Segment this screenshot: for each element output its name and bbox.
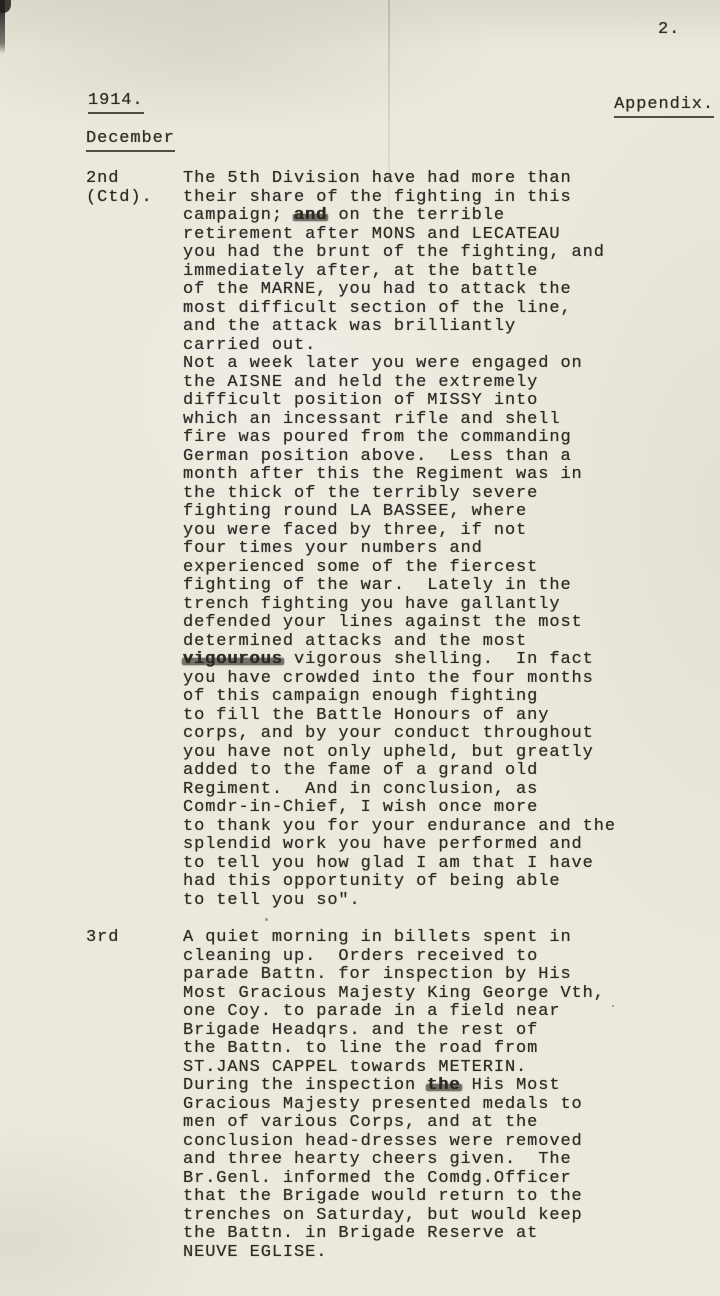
year-heading: 1914. (88, 92, 144, 114)
appendix-heading: Appendix. (614, 96, 714, 118)
diary-page: 2. 1914. Appendix. December 2nd(Ctd). Th… (0, 0, 720, 1296)
entry-date: 3rd (86, 929, 181, 948)
ink-speck (265, 918, 268, 921)
entry-text: A quiet morning in billets spent inclean… (183, 929, 693, 1262)
page-number: 2. (658, 21, 680, 40)
entry-text: The 5th Division have had more thantheir… (183, 170, 693, 910)
paper-corner-mark (0, 0, 11, 13)
month-heading: December (86, 130, 175, 152)
entry-date: 2nd(Ctd). (86, 170, 181, 207)
